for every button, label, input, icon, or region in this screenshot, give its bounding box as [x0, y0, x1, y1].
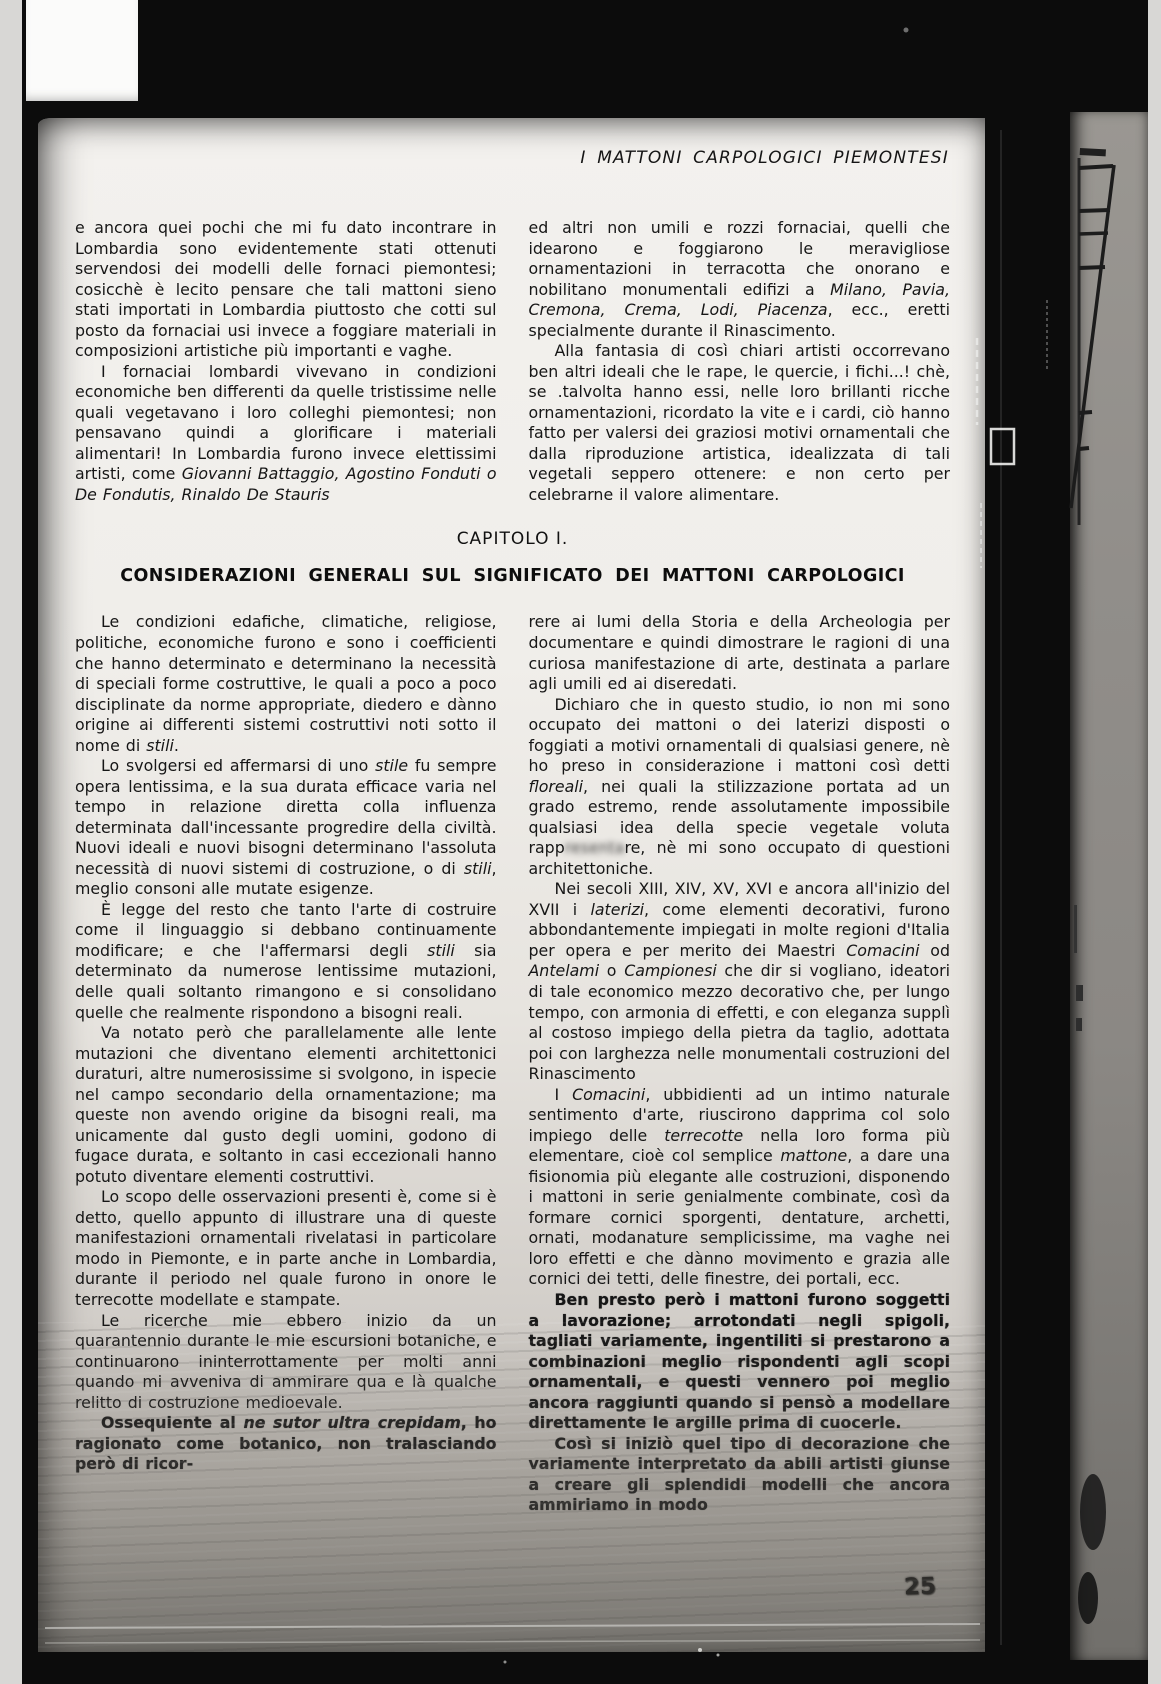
- paragraph: I Comacini, ubbidienti ad un intimo natu…: [529, 1085, 951, 1290]
- scanned-book-page: I MATTONI CARPOLOGICI PIEMONTESI e ancor…: [0, 0, 1161, 1684]
- chapter-heading: CAPITOLO I.: [75, 529, 950, 549]
- adjacent-page-edge: [1070, 112, 1148, 1660]
- running-head: I MATTONI CARPOLOGICI PIEMONTESI: [580, 148, 949, 168]
- paragraph: È legge del resto che tanto l'arte di co…: [75, 900, 497, 1023]
- paragraph: Le condizioni edafiche, climatiche, reli…: [75, 612, 497, 756]
- intro-columns: e ancora quei pochi che mi fu dato incon…: [75, 218, 950, 505]
- main-right-column: rere ai lumi della Storia e della Archeo…: [529, 612, 951, 1515]
- paragraph: e ancora quei pochi che mi fu dato incon…: [75, 218, 497, 362]
- paragraph: Ossequiente al ne sutor ultra crepidam, …: [75, 1413, 497, 1475]
- section-heading: CONSIDERAZIONI GENERALI SUL SIGNIFICATO …: [75, 566, 950, 586]
- intro-left-column: e ancora quei pochi che mi fu dato incon…: [75, 218, 497, 505]
- intro-right-column: ed altri non umili e rozzi fornaciai, qu…: [529, 218, 951, 505]
- paragraph: Così si iniziò quel tipo di decorazione …: [529, 1434, 951, 1516]
- main-left-column: Le condizioni edafiche, climatiche, reli…: [75, 612, 497, 1515]
- paragraph: ed altri non umili e rozzi fornaciai, qu…: [529, 218, 951, 341]
- paragraph: Alla fantasia di così chiari artisti occ…: [529, 341, 951, 505]
- paragraph: rere ai lumi della Storia e della Archeo…: [529, 612, 951, 694]
- scan-corner-cutout: [26, 0, 138, 101]
- page-content: e ancora quei pochi che mi fu dato incon…: [75, 218, 950, 1516]
- paragraph: Ben presto però i mattoni furono soggett…: [529, 1290, 951, 1434]
- paragraph: Dichiaro che in questo studio, io non mi…: [529, 695, 951, 880]
- paragraph: Nei secoli XIII, XIV, XV, XVI e ancora a…: [529, 879, 951, 1084]
- paragraph: Lo svolgersi ed affermarsi di uno stile …: [75, 756, 497, 900]
- paragraph: Lo scopo delle osservazioni presenti è, …: [75, 1187, 497, 1310]
- book-page: I MATTONI CARPOLOGICI PIEMONTESI e ancor…: [38, 118, 985, 1652]
- main-columns: Le condizioni edafiche, climatiche, reli…: [75, 612, 950, 1515]
- paragraph: Va notato però che parallelamente alle l…: [75, 1023, 497, 1187]
- paragraph: Le ricerche mie ebbero inizio da un quar…: [75, 1311, 497, 1414]
- paragraph: I fornaciai lombardi vivevano in condizi…: [75, 362, 497, 506]
- page-number: 25: [904, 1573, 937, 1600]
